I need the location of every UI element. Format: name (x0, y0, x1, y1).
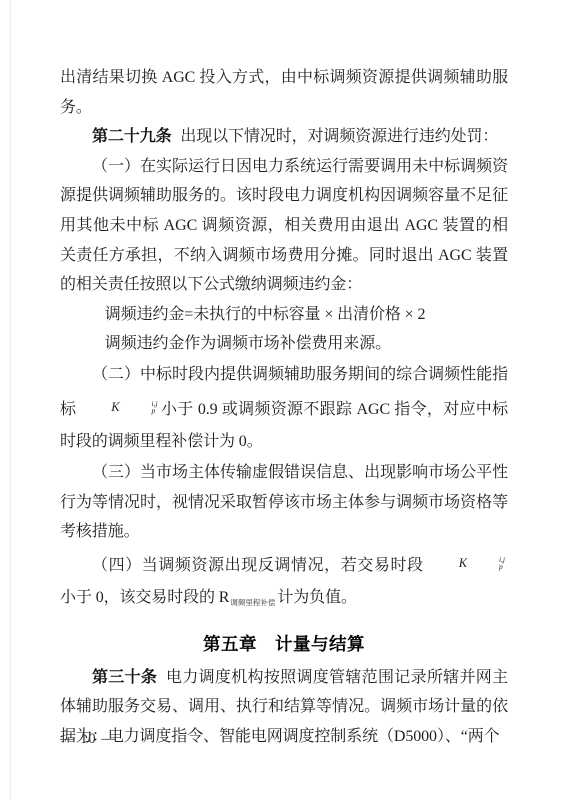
item-4-text-mid: 小于 0，该交易时段的 R (60, 589, 229, 606)
paragraph-continuation: 出清结果切换 AGC 投入方式，由中标调频资源提供调频辅助服务。 (60, 63, 508, 122)
paragraph-article-30: 第三十条电力调度机构按照调度管辖范围记录所辖并网主体辅助服务交易、调用、执行和结… (60, 663, 508, 752)
formula-line-penalty-use: 调频违约金作为调频市场补偿费用来源。 (60, 329, 508, 359)
paragraph-item-3: （三）当市场主体传输虚假错误信息、出现影响市场公平性行为等情况时，视情况采取暂停… (60, 458, 508, 547)
k-performance-indicator-formula: Ki,jp (79, 391, 157, 423)
document-page: 出清结果切换 AGC 投入方式，由中标调频资源提供调频辅助服务。 第二十九条出现… (0, 0, 566, 800)
paragraph-item-4: （四）当调频资源出现反调情况，若交易时段Ki,jp小于 0，该交易时段的 R调频… (60, 547, 508, 619)
article-30-label: 第三十条 (92, 669, 157, 686)
k-formula-base: K (111, 400, 119, 414)
item-4-text-before: （四）当调频资源出现反调情况，若交易时段 (92, 557, 424, 574)
k-performance-indicator-formula: Ki,jp (427, 547, 505, 579)
chapter-5-heading: 第五章 计量与结算 (60, 629, 508, 659)
k-formula-subscript: p (120, 407, 158, 414)
scan-edge-line (10, 0, 11, 800)
document-content: 出清结果切换 AGC 投入方式，由中标调频资源提供调频辅助服务。 第二十九条出现… (60, 63, 508, 752)
page-number: — 10 — (60, 731, 117, 748)
paragraph-item-2: （二）中标时段内提供调频辅助服务期间的综合调频性能指标Ki,jp小于 0.9 或… (60, 359, 508, 458)
k-formula-subscript: p (467, 563, 505, 570)
article-29-text: 出现以下情况时，对调频资源进行违约处罚： (180, 128, 498, 145)
k-formula-scripts: i,jp (467, 556, 505, 570)
item-4-text-after: 计为负值。 (277, 589, 357, 606)
k-formula-base: K (459, 556, 467, 570)
formula-line-penalty: 调频违约金=未执行的中标容量 × 出清价格 × 2 (60, 300, 508, 330)
k-formula-scripts: i,jp (120, 400, 158, 414)
paragraph-article-29: 第二十九条出现以下情况时，对调频资源进行违约处罚： (60, 122, 508, 152)
paragraph-item-1: （一）在实际运行日因电力系统运行需要调用未中标调频资源提供调频辅助服务的。该时段… (60, 152, 508, 300)
article-29-label: 第二十九条 (92, 128, 172, 145)
r-mileage-compensation-subscript: 调频里程补偿 (230, 598, 275, 607)
